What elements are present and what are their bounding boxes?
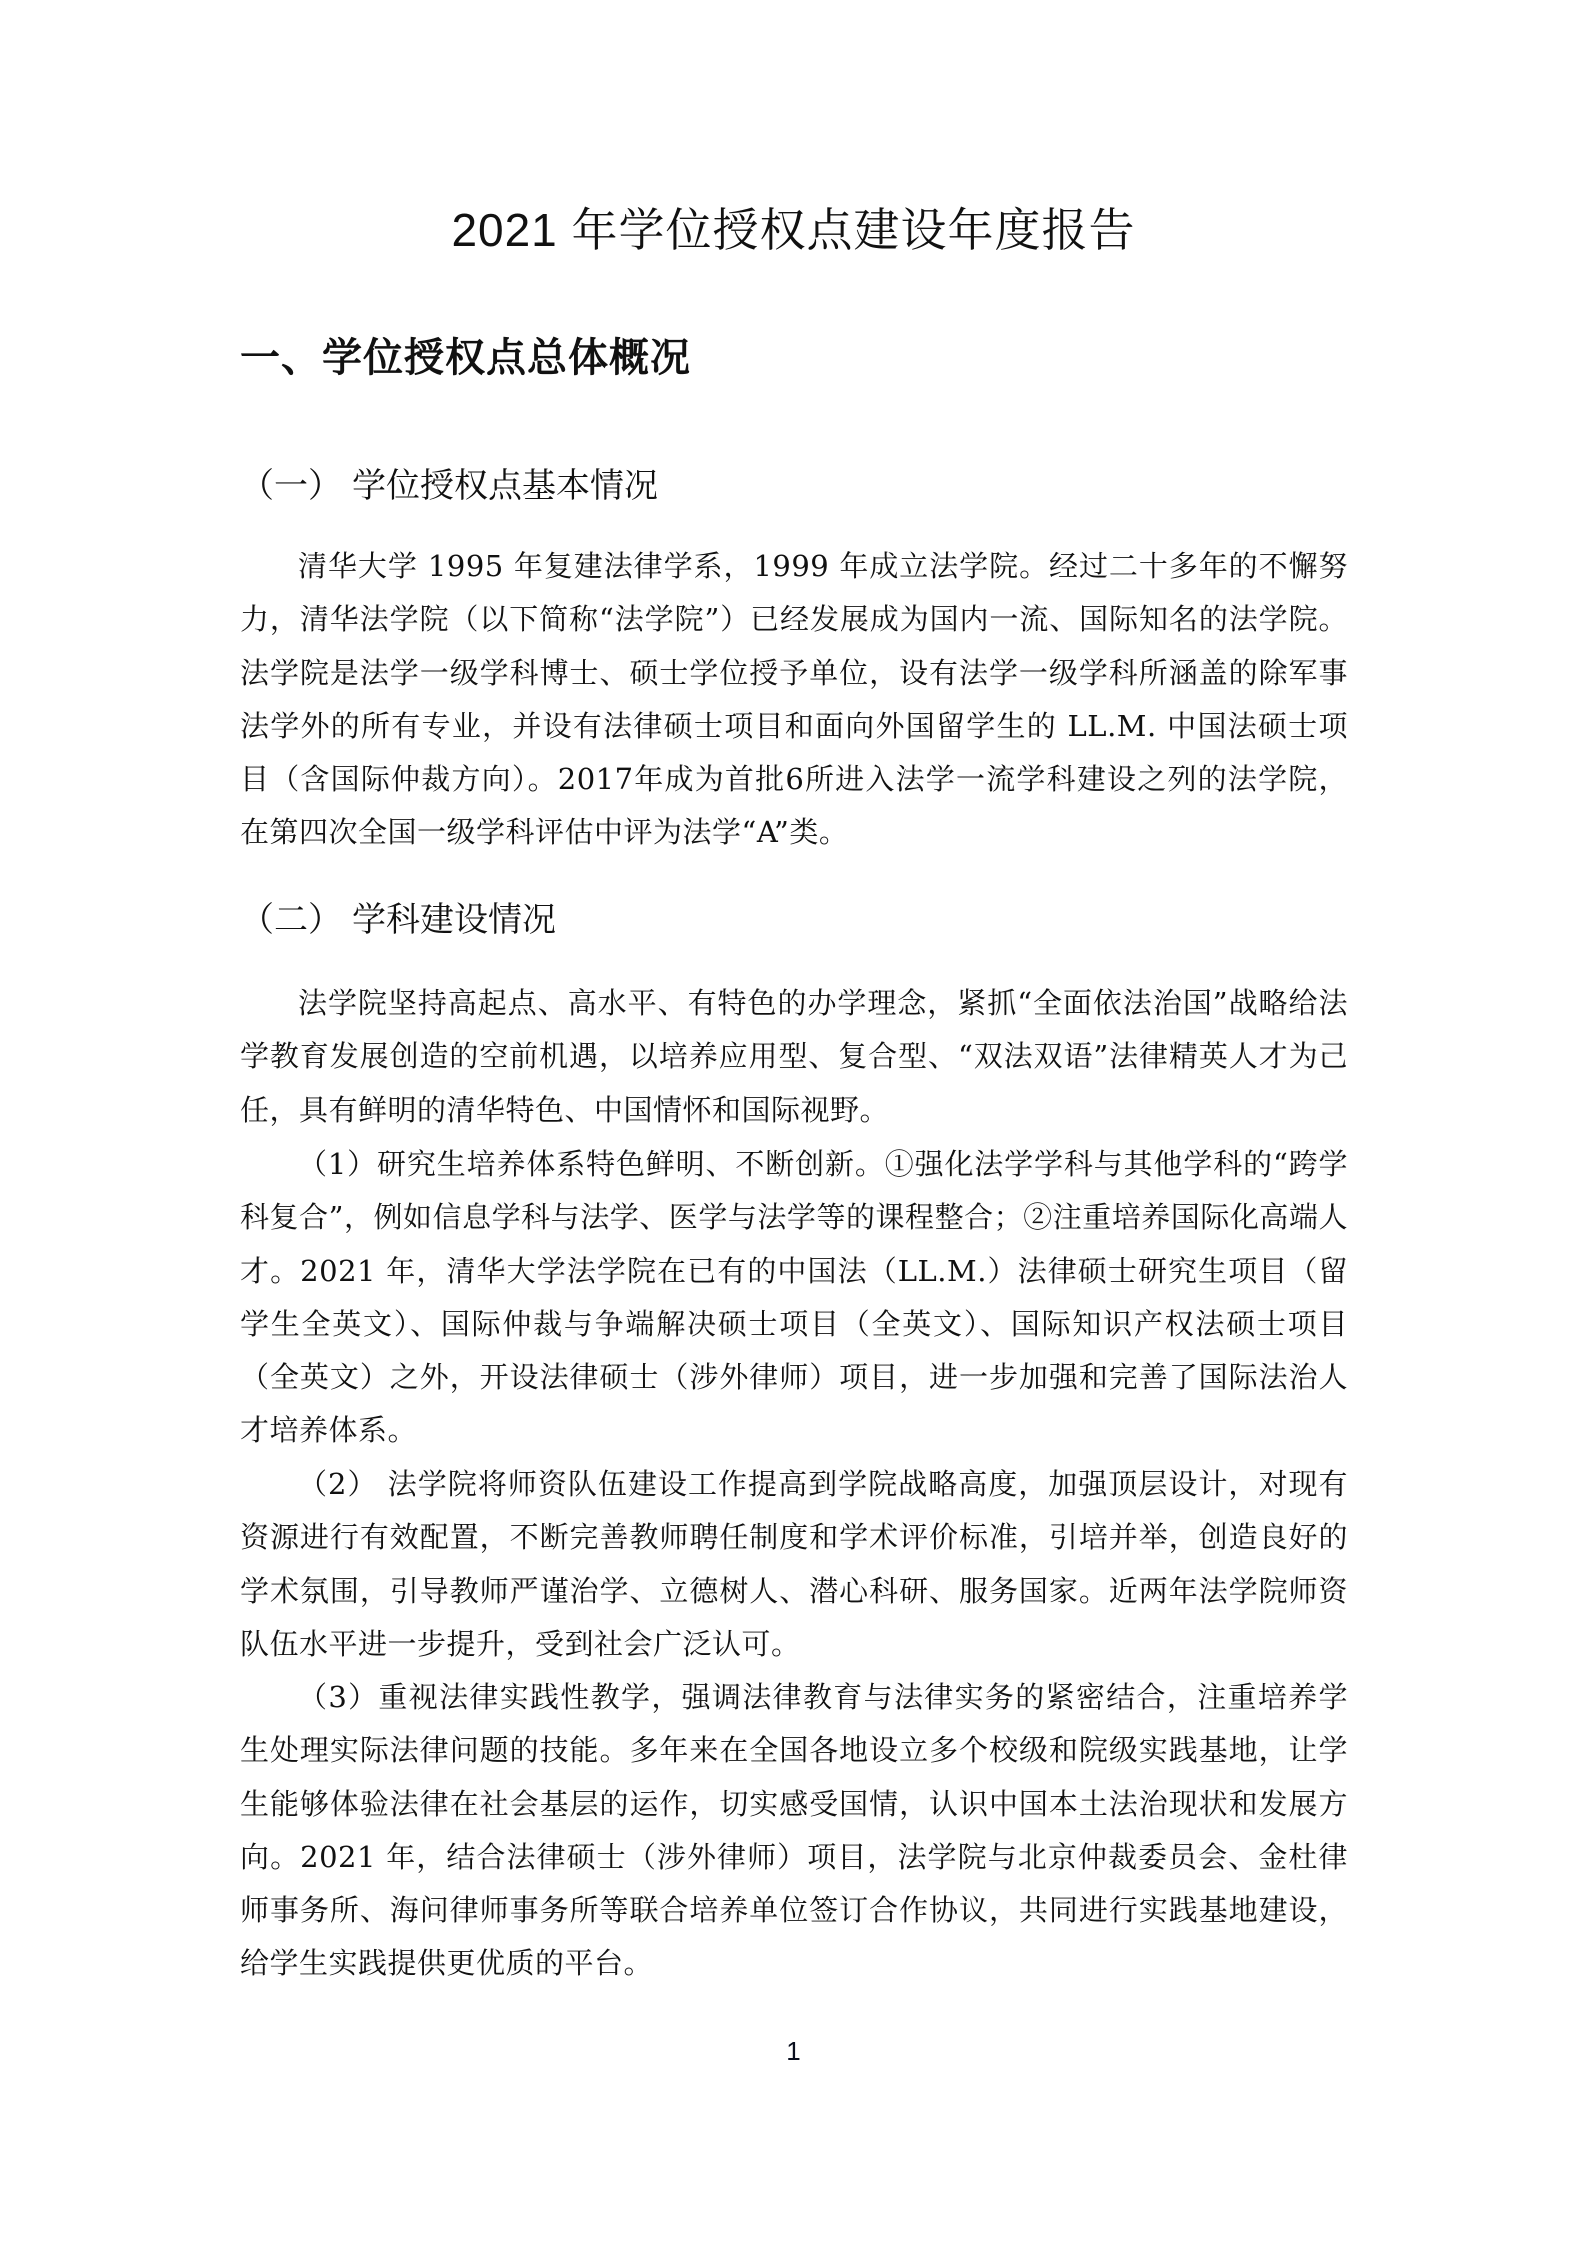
paragraph-faculty: （2） 法学院将师资队伍建设工作提高到学院战略高度，加强顶层设计，对现有资源进行… (240, 1458, 1348, 1671)
paragraph-graduate-training: （1）研究生培养体系特色鲜明、不断创新。①强化法学学科与其他学科的“跨学科复合”… (240, 1138, 1348, 1458)
subsection-number: （二） (240, 896, 352, 944)
document-title: 2021 年学位授权点建设年度报告 (0, 200, 1587, 260)
paragraph-practice-teaching: （3）重视法律实践性教学，强调法律教育与法律实务的紧密结合，注重培养学生处理实际… (240, 1671, 1348, 1991)
paragraph-basic-info: 清华大学 1995 年复建法律学系，1999 年成立法学院。经过二十多年的不懈努… (240, 540, 1348, 860)
page-number: 1 (0, 2036, 1587, 2066)
subsection-heading-discipline: （二） 学科建设情况 (240, 896, 556, 944)
subsection-number: （一） (240, 462, 352, 510)
subsection-heading-basic-info: （一） 学位授权点基本情况 (240, 462, 658, 510)
subsection-title: 学科建设情况 (352, 896, 556, 944)
section-heading-overview: 一、学位授权点总体概况 (240, 330, 691, 386)
paragraph-discipline-intro: 法学院坚持高起点、高水平、有特色的办学理念，紧抓“全面依法治国”战略给法学教育发… (240, 977, 1348, 1137)
document-page: 2021 年学位授权点建设年度报告 一、学位授权点总体概况 （一） 学位授权点基… (0, 0, 1587, 2245)
subsection-title: 学位授权点基本情况 (352, 462, 658, 510)
